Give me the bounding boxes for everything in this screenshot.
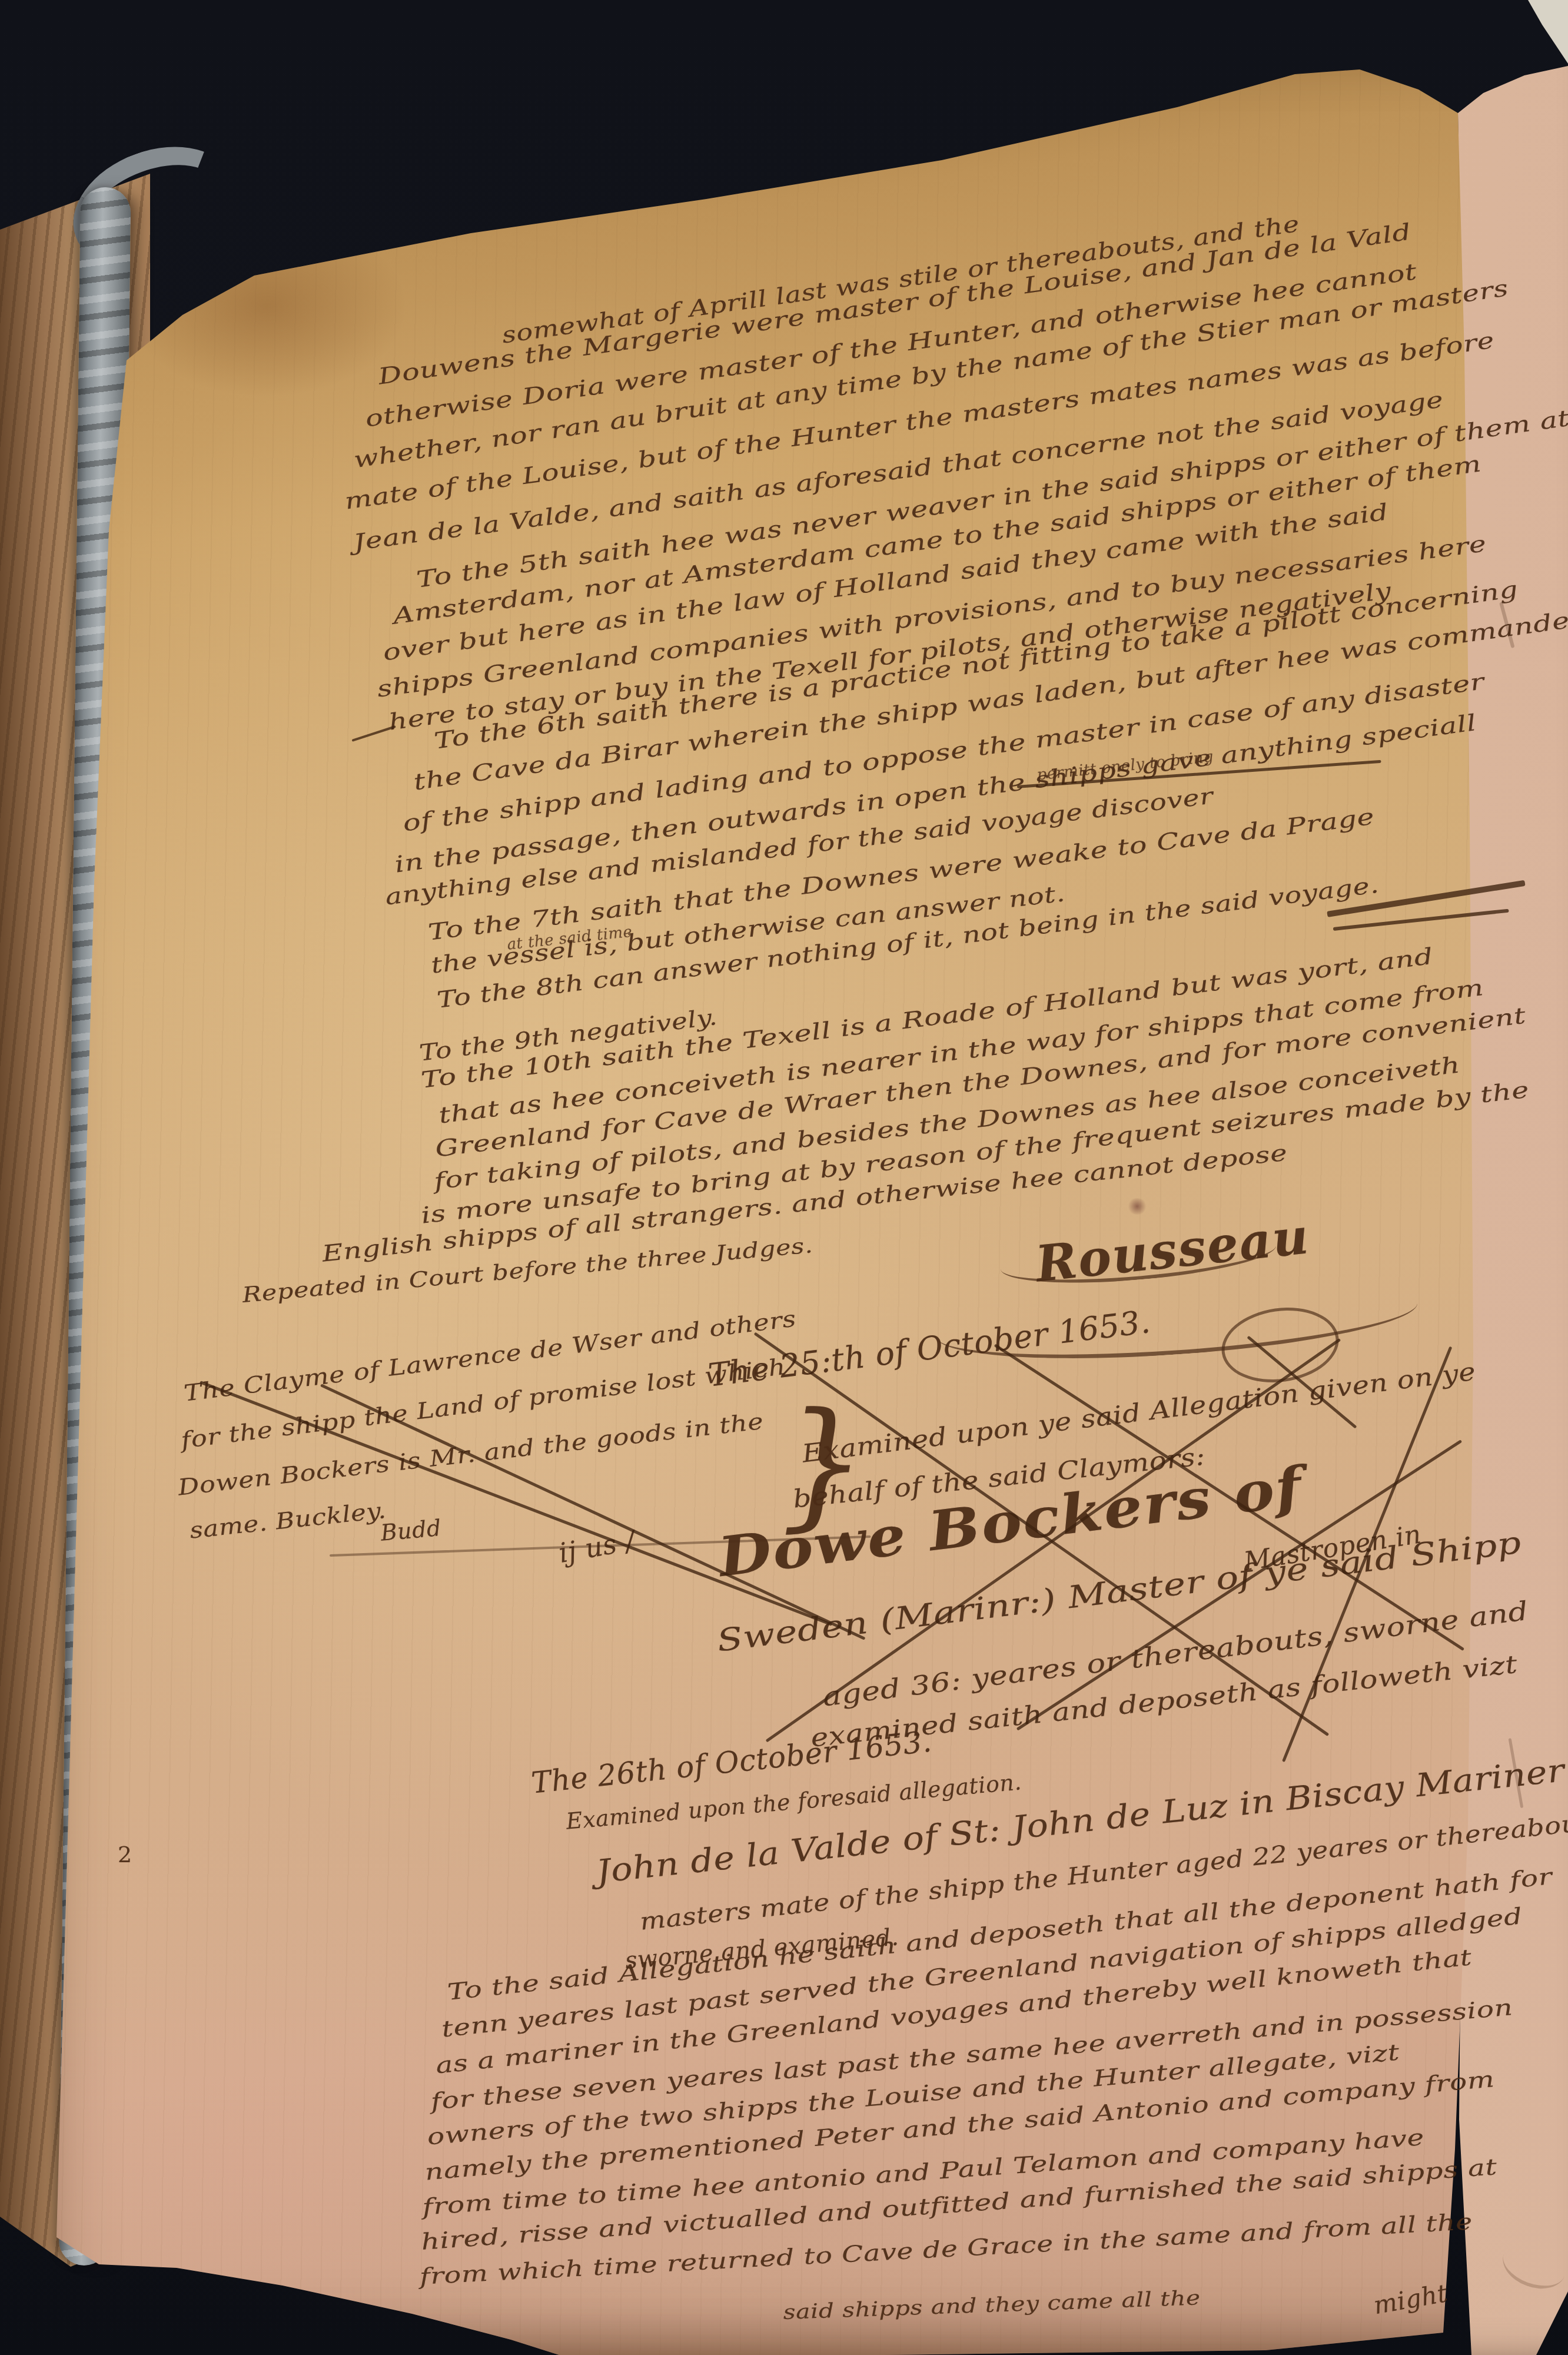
margin-note-line: Budd [380,1515,443,1546]
ink-blot [1127,1198,1147,1215]
photo-canvas: somewhat of Aprill last was stile or the… [0,0,1568,2355]
margin-number: 2 [118,1842,132,1868]
background-sliver [0,0,1568,71]
